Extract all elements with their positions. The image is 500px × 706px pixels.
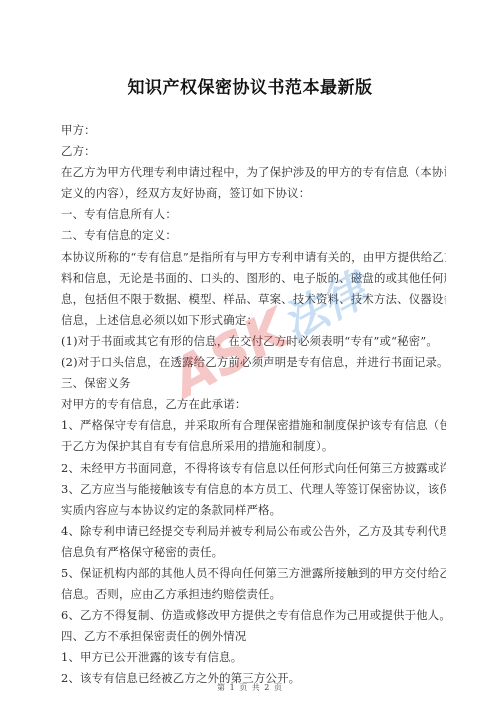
section-heading: 四、乙方不承担保密责任的例外情况	[61, 626, 446, 647]
paragraph-line: 对甲方的专有信息，乙方在此承诺：	[61, 394, 446, 415]
document-title: 知识产权保密协议书范本最新版	[0, 73, 500, 98]
party-b-line: 乙方：	[61, 141, 446, 162]
list-item: 5、保证机构内部的其他人员不得向任何第三方泄露所接触到的甲方交付给乙方的专有	[61, 563, 446, 584]
paragraph-line: 息，包括但不限于数据、模型、样品、草案、技术资料、技术方法、仪器设备或其它	[61, 289, 446, 310]
list-item: 信息负有严格保守秘密的责任。	[61, 542, 446, 563]
list-item: 实质内容应与本协议约定的条款同样严格。	[61, 500, 446, 521]
list-item: 1、甲方已公开泄露的该专有信息。	[61, 647, 446, 668]
paragraph-line: 料和信息，无论是书面的、口头的、图形的、电子版的、磁盘的或其他任何形式的信	[61, 268, 446, 289]
party-a-line: 甲方：	[61, 120, 446, 141]
list-item: 2、未经甲方书面同意，不得将该专有信息以任何形式向任何第三方披露或许诺使用。	[61, 458, 446, 479]
list-item: 1、严格保守专有信息，并采取所有合理保密措施和制度保护该专有信息（包括但不限	[61, 415, 446, 436]
page-number: 第 1 页 共 2 页	[0, 682, 500, 693]
document-body: 甲方： 乙方： 在乙方为甲方代理专利申请过程中，为了保护涉及的甲方的专有信息（本…	[61, 120, 446, 690]
list-item: (1)对于书面或其它有形的信息，在交付乙方时必须表明“专有”或“秘密”。	[61, 331, 446, 352]
section-heading: 一、专有信息所有人：	[61, 204, 446, 225]
section-heading: 二、专有信息的定义：	[61, 225, 446, 246]
list-item: 4、除专利申请已经提交专利局并被专利局公布或公告外，乙方及其专利代理人对专有	[61, 521, 446, 542]
list-item: 6、乙方不得复制、仿造或修改甲方提供之专有信息作为己用或提供于他人。	[61, 605, 446, 626]
preamble-line: 在乙方为甲方代理专利申请过程中，为了保护涉及的甲方的专有信息（本协议第二条所	[61, 162, 446, 183]
section-heading: 三、保密义务	[61, 373, 446, 394]
paragraph-line: 本协议所称的“专有信息”是指所有与甲方专利申请有关的，由甲方提供给乙方的资	[61, 247, 446, 268]
list-item: 于乙方为保护其自有专有信息所采用的措施和制度）。	[61, 436, 446, 457]
document-page: 知识产权保密协议书范本最新版 甲方： 乙方： 在乙方为甲方代理专利申请过程中，为…	[0, 0, 500, 706]
list-item: (2)对于口头信息，在透露给乙方前必须声明是专有信息，并进行书面记录。	[61, 352, 446, 373]
list-item: 3、乙方应当与能接触该专有信息的本方员工、代理人等签订保密协议，该保密协议的	[61, 479, 446, 500]
preamble-line: 定义的内容），经双方友好协商，签订如下协议：	[61, 183, 446, 204]
paragraph-line: 信息，上述信息必须以如下形式确定：	[61, 310, 446, 331]
list-item: 信息。否则，应由乙方承担违约赔偿责任。	[61, 584, 446, 605]
